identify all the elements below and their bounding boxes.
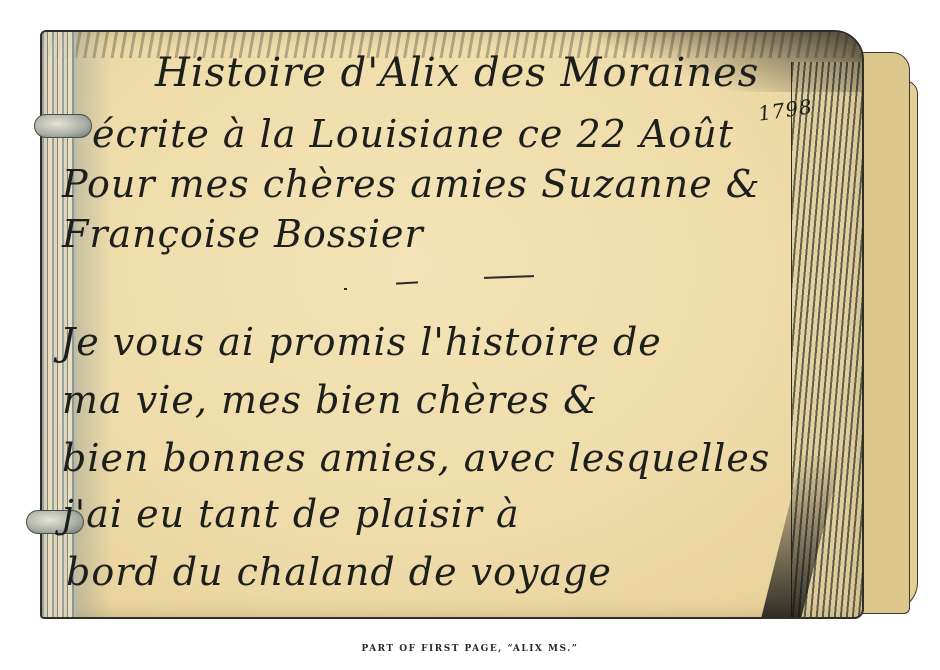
- manuscript-line: Je vous ai promis l'histoire de: [60, 320, 662, 364]
- manuscript-line: j'ai eu tant de plaisir à: [62, 492, 520, 536]
- manuscript-line: Françoise Bossier: [62, 212, 424, 256]
- manuscript-heading: Histoire d'Alix des Moraines: [155, 50, 759, 96]
- figure-caption: PART OF FIRST PAGE, “ALIX MS.”: [0, 644, 940, 654]
- manuscript-line: bien bonnes amies, avec lesquelles: [62, 436, 770, 480]
- manuscript-line: bord du chaland de voyage: [66, 550, 612, 594]
- binding-knot-icon: [34, 114, 92, 138]
- manuscript-line: Pour mes chères amies Suzanne &: [62, 162, 761, 206]
- manuscript-line: écrite à la Louisiane ce 22 Août: [92, 112, 734, 156]
- manuscript-illustration: Histoire d'Alix des Moraines 1798 écrite…: [0, 0, 940, 670]
- separator-dot: [344, 288, 347, 290]
- manuscript-line: ma vie, mes bien chères &: [62, 378, 598, 422]
